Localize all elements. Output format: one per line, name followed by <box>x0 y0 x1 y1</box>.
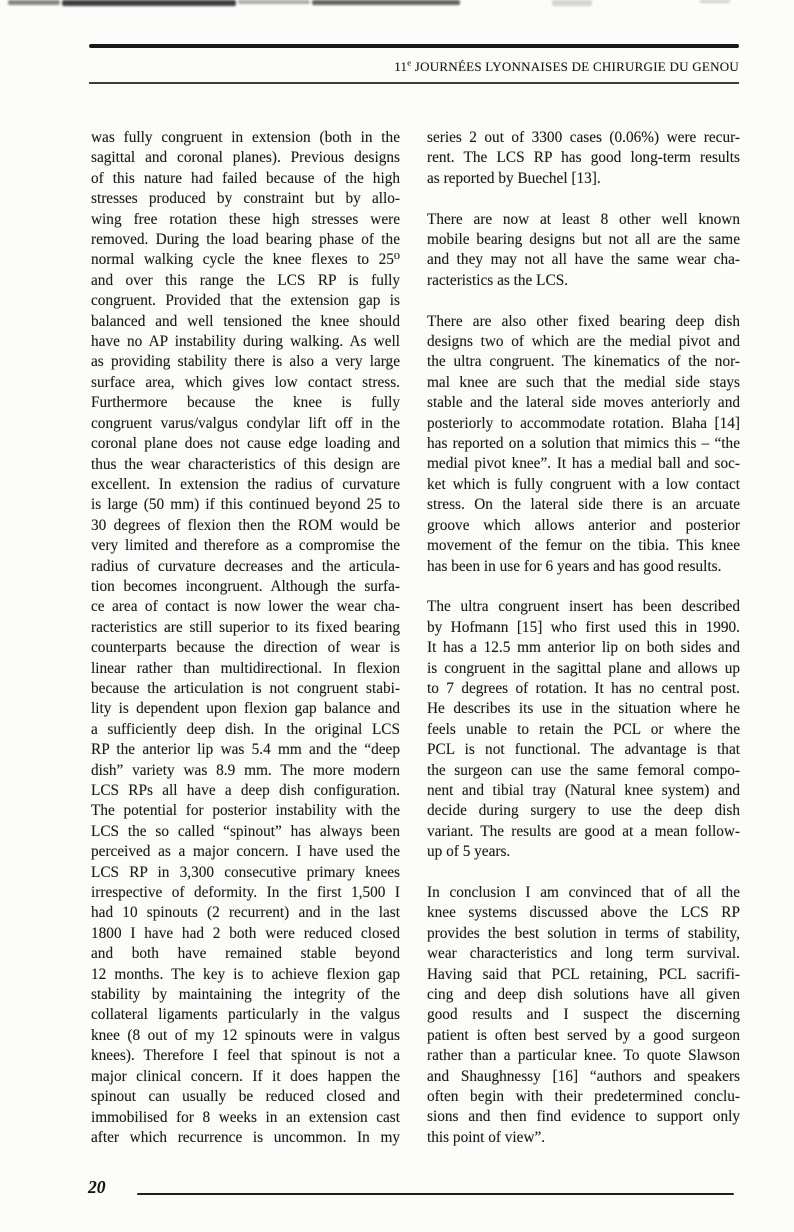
text-line: spinout can usually be reduced closed an… <box>91 1087 400 1107</box>
text-line: feels unable to retain the PCL or where … <box>427 720 740 740</box>
text-line: rent. The LCS RP has good long-term resu… <box>427 148 740 168</box>
text-line: and over this range the LCS RP is fully <box>91 271 400 291</box>
scan-smudge <box>8 0 60 5</box>
text-line: perceived as a major concern. I have use… <box>91 842 400 862</box>
text-line: It has a 12.5 mm anterior lip on both si… <box>427 638 740 658</box>
text-line: rather than a particular knee. To quote … <box>427 1046 740 1066</box>
text-line: dish” variety was 8.9 mm. The more moder… <box>91 761 400 781</box>
text-line: of this nature had failed because of the… <box>91 169 400 189</box>
text-line: stress. On the lateral side there is an … <box>427 495 740 515</box>
text-line: is congruent in the sagittal plane and a… <box>427 659 740 679</box>
text-line: designs two of which are the medial pivo… <box>427 332 740 352</box>
text-line: is large (50 mm) if this continued beyon… <box>91 495 400 515</box>
scan-smudge <box>312 0 460 5</box>
right-column: series 2 out of 3300 cases (0.06%) were … <box>427 128 740 1148</box>
text-line: Furthermore because the knee is fully <box>91 393 400 413</box>
text-line: knee systems discussed above the LCS RP <box>427 903 740 923</box>
text-line: balanced and well tensioned the knee sho… <box>91 312 400 332</box>
text-line: In conclusion I am convinced that of all… <box>427 883 740 903</box>
page-number: 20 <box>88 1177 106 1198</box>
scan-smudge <box>62 0 236 6</box>
text-line: collateral ligaments particularly in the… <box>91 1005 400 1025</box>
text-line: very limited and therefore as a compromi… <box>91 536 400 556</box>
text-line: racteristics as the LCS. <box>427 271 740 291</box>
text-line: coronal plane does not cause edge loadin… <box>91 434 400 454</box>
text-line: mal knee are such that the medial side s… <box>427 373 740 393</box>
text-line: knees). Therefore I feel that spinout is… <box>91 1046 400 1066</box>
text-line: groove which allows anterior and posteri… <box>427 516 740 536</box>
text-line: variant. The results are good at a mean … <box>427 822 740 842</box>
text-line: as providing stability there is also a v… <box>91 352 400 372</box>
text-line: this point of view”. <box>427 1128 740 1148</box>
text-line: 12 months. The key is to achieve flexion… <box>91 965 400 985</box>
body-paragraph: There are also other fixed bearing deep … <box>427 312 740 577</box>
text-line: sions and then find evidence to support … <box>427 1107 740 1127</box>
running-head-title: JOURNÉES LYONNAISES DE CHIRURGIE DU GENO… <box>415 59 739 74</box>
text-line: often begin with their predetermined con… <box>427 1087 740 1107</box>
text-line: by Hofmann [15] who first used this in 1… <box>427 618 740 638</box>
text-line: decide during surgery to use the deep di… <box>427 801 740 821</box>
text-line: major clinical concern. If it does happe… <box>91 1067 400 1087</box>
text-line: up of 5 years. <box>427 842 740 862</box>
text-line: PCL is not functional. The advantage is … <box>427 740 740 760</box>
text-line: cing and deep dish solutions have all gi… <box>427 985 740 1005</box>
text-line: ket which is fully congruent with a low … <box>427 475 740 495</box>
text-line: radius of curvature decreases and the ar… <box>91 557 400 577</box>
text-line: movement of the femur on the tibia. This… <box>427 536 740 556</box>
text-line: surface area, which gives low contact st… <box>91 373 400 393</box>
running-head: 11e JOURNÉES LYONNAISES DE CHIRURGIE DU … <box>89 59 739 75</box>
left-column: was fully congruent in extension (both i… <box>91 128 400 1148</box>
text-line: ce area of contact is now lower the wear… <box>91 597 400 617</box>
text-line: RP the anterior lip was 5.4 mm and the “… <box>91 740 400 760</box>
text-line: has been in use for 6 years and has good… <box>427 557 740 577</box>
text-line: and Shaughnessy [16] “authors and speake… <box>427 1067 740 1087</box>
text-line: There are now at least 8 other well know… <box>427 210 740 230</box>
text-line: removed. During the load bearing phase o… <box>91 230 400 250</box>
text-line: congruent. Provided that the extension g… <box>91 291 400 311</box>
scan-smudge <box>700 0 730 3</box>
text-line: Having said that PCL retaining, PCL sacr… <box>427 965 740 985</box>
text-line: good results and I suspect the discernin… <box>427 1005 740 1025</box>
text-line: He describes its use in the situation wh… <box>427 699 740 719</box>
text-line: thus the wear characteristics of this de… <box>91 455 400 475</box>
text-line: tion becomes incongruent. Although the s… <box>91 577 400 597</box>
text-line: 1800 I have had 2 both were reduced clos… <box>91 924 400 944</box>
text-line: normal walking cycle the knee flexes to … <box>91 250 400 270</box>
text-line: There are also other fixed bearing deep … <box>427 312 740 332</box>
text-line: LCS RP in 3,300 consecutive primary knee… <box>91 863 400 883</box>
text-line: stable and the lateral side moves anteri… <box>427 393 740 413</box>
body-paragraph: There are now at least 8 other well know… <box>427 210 740 292</box>
body-paragraph: In conclusion I am convinced that of all… <box>427 883 740 1148</box>
text-line: LCS RPs all have a deep dish configurati… <box>91 781 400 801</box>
text-line: LCS the so called “spinout” has always b… <box>91 822 400 842</box>
text-line: posteriorly to accommodate rotation. Bla… <box>427 414 740 434</box>
text-line: after which recurrence is uncommon. In m… <box>91 1128 400 1148</box>
text-line: stability by maintaining the integrity o… <box>91 985 400 1005</box>
running-head-ordinal: e <box>407 58 411 68</box>
text-line: excellent. In extension the radius of cu… <box>91 475 400 495</box>
text-line: The potential for posterior instability … <box>91 801 400 821</box>
header-rule-thin <box>89 82 739 84</box>
text-line: immobilised for 8 weeks in an extension … <box>91 1108 400 1128</box>
body-paragraph: series 2 out of 3300 cases (0.06%) were … <box>427 128 740 189</box>
text-line: patient is often best served by a good s… <box>427 1026 740 1046</box>
text-line: irrespective of deformity. In the first … <box>91 883 400 903</box>
text-line: sagittal and coronal planes). Previous d… <box>91 148 400 168</box>
text-line: medial pivot knee”. It has a medial ball… <box>427 454 740 474</box>
text-line: The ultra congruent insert has been desc… <box>427 597 740 617</box>
scan-smudge <box>238 0 310 4</box>
text-line: stresses produced by constraint but by a… <box>91 189 400 209</box>
text-line: nent and tibial tray (Natural knee syste… <box>427 781 740 801</box>
text-line: to 7 degrees of rotation. It has no cent… <box>427 679 740 699</box>
text-line: has reported on a solution that mimics t… <box>427 434 740 454</box>
text-line: because the articulation is not congruen… <box>91 679 400 699</box>
text-line: racteristics are still superior to its f… <box>91 618 400 638</box>
text-line: 30 degrees of flexion then the ROM would… <box>91 516 400 536</box>
text-line: and both have remained stable beyond <box>91 944 400 964</box>
text-line: mobile bearing designs but not all are t… <box>427 230 740 250</box>
text-line: have no AP instability during walking. A… <box>91 332 400 352</box>
body-paragraph: The ultra congruent insert has been desc… <box>427 597 740 862</box>
text-line: lity is dependent upon flexion gap balan… <box>91 699 400 719</box>
text-line: series 2 out of 3300 cases (0.06%) were … <box>427 128 740 148</box>
text-line: provides the best solution in terms of s… <box>427 924 740 944</box>
footer-rule <box>137 1193 734 1195</box>
scan-smudge <box>552 0 592 6</box>
header-rule-thick <box>89 44 739 48</box>
text-line: congruent varus/valgus condylar lift off… <box>91 414 400 434</box>
text-line: was fully congruent in extension (both i… <box>91 128 400 148</box>
text-line: the surgeon can use the same femoral com… <box>427 761 740 781</box>
text-line: as reported by Buechel [13]. <box>427 169 740 189</box>
text-line: and they may not all have the same wear … <box>427 250 740 270</box>
text-line: wear characteristics and long term survi… <box>427 944 740 964</box>
text-line: wing free rotation these high stresses w… <box>91 210 400 230</box>
text-line: linear rather than multidirectional. In … <box>91 659 400 679</box>
running-head-number: 11 <box>394 59 407 74</box>
text-line: the ultra congruent. The kinematics of t… <box>427 352 740 372</box>
text-line: knee (8 out of my 12 spinouts were in va… <box>91 1026 400 1046</box>
text-line: a sufficiently deep dish. In the origina… <box>91 720 400 740</box>
text-line: counterparts because the direction of we… <box>91 638 400 658</box>
text-line: had 10 spinouts (2 recurrent) and in the… <box>91 903 400 923</box>
